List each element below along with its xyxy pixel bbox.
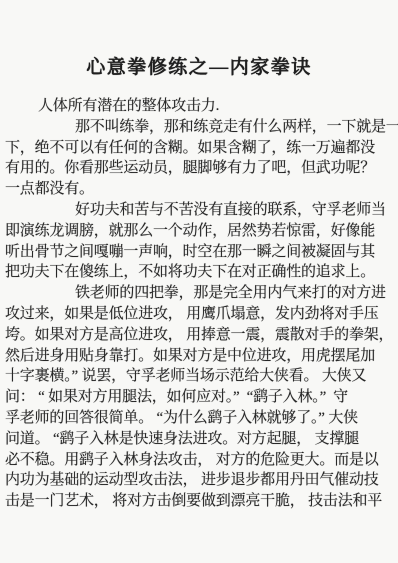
text-line: 下，绝不可以有任何的含糊。如果含糊了，练一万遍都没 <box>5 138 393 159</box>
text-line: 有用的。你看那些运动员，腿脚够有力了吧，但武功呢？ <box>5 158 393 179</box>
text-line: 人体所有潜在的整体攻击力. <box>5 96 393 117</box>
text-line: 听出骨节之间嘎嘣一声响，时空在那一瞬之间被凝固与其 <box>5 242 393 263</box>
text-line: 攻过来，如果是低位进攻， 用鹰爪塌意，发内劲将对手压 <box>5 304 393 325</box>
text-line: 问道。 “鹞子入林是快速身法进攻。对方起腿， 支撑腿 <box>5 429 393 450</box>
text-line: 把功夫下在傻练上，不如将功夫下在对正确性的追求上。 <box>5 262 393 283</box>
text-line: 必不稳。用鹞子入林身法攻击， 对方的危险更大。而是以 <box>5 450 393 471</box>
text-line: 垮。如果对方是高位进攻， 用捧意一震，震散对手的拳架， <box>5 325 393 346</box>
text-line: 孚老师的回答很简单。 “为什么鹞子入林就够了。” 大侠 <box>5 408 393 429</box>
scanned-page: 心意拳修练之—内家拳诀 人体所有潜在的整体攻击力. 那不叫练拳，那和练竞走有什么… <box>0 0 398 563</box>
text-line: 一点都没有。 <box>5 179 393 200</box>
text-line: 问： “ 如果对方用腿法，如何应对。” “鹞子入林。” 守 <box>5 387 393 408</box>
text-line: 然后进身用贴身靠打。如果对方是中位进攻，用虎摆尾加 <box>5 346 393 367</box>
page-title: 心意拳修练之—内家拳诀 <box>5 0 393 79</box>
text-line: 十字裹横。” 说罢，守孚老师当场示范给大侠看。 大侠又 <box>5 366 393 387</box>
text-line: 击是一门艺术， 将对方击倒要做到漂亮干脆， 技击法和平 <box>5 491 393 512</box>
text-line: 即演练龙调膀，就那么一个动作，居然势若惊雷，好像能 <box>5 221 393 242</box>
text-line: 那不叫练拳，那和练竞走有什么两样，一下就是一 <box>5 117 393 138</box>
text-line: 好功夫和苦与不苦没有直接的联系，守孚老师当 <box>5 200 393 221</box>
text-line: 内功为基础的运动型攻击法， 进步退步都用丹田气催动技 <box>5 470 393 491</box>
article-body: 人体所有潜在的整体攻击力. 那不叫练拳，那和练竞走有什么两样，一下就是一 下，绝… <box>5 96 393 512</box>
text-line: 铁老师的四把拳，那是完全用内气来打的对方进 <box>5 283 393 304</box>
